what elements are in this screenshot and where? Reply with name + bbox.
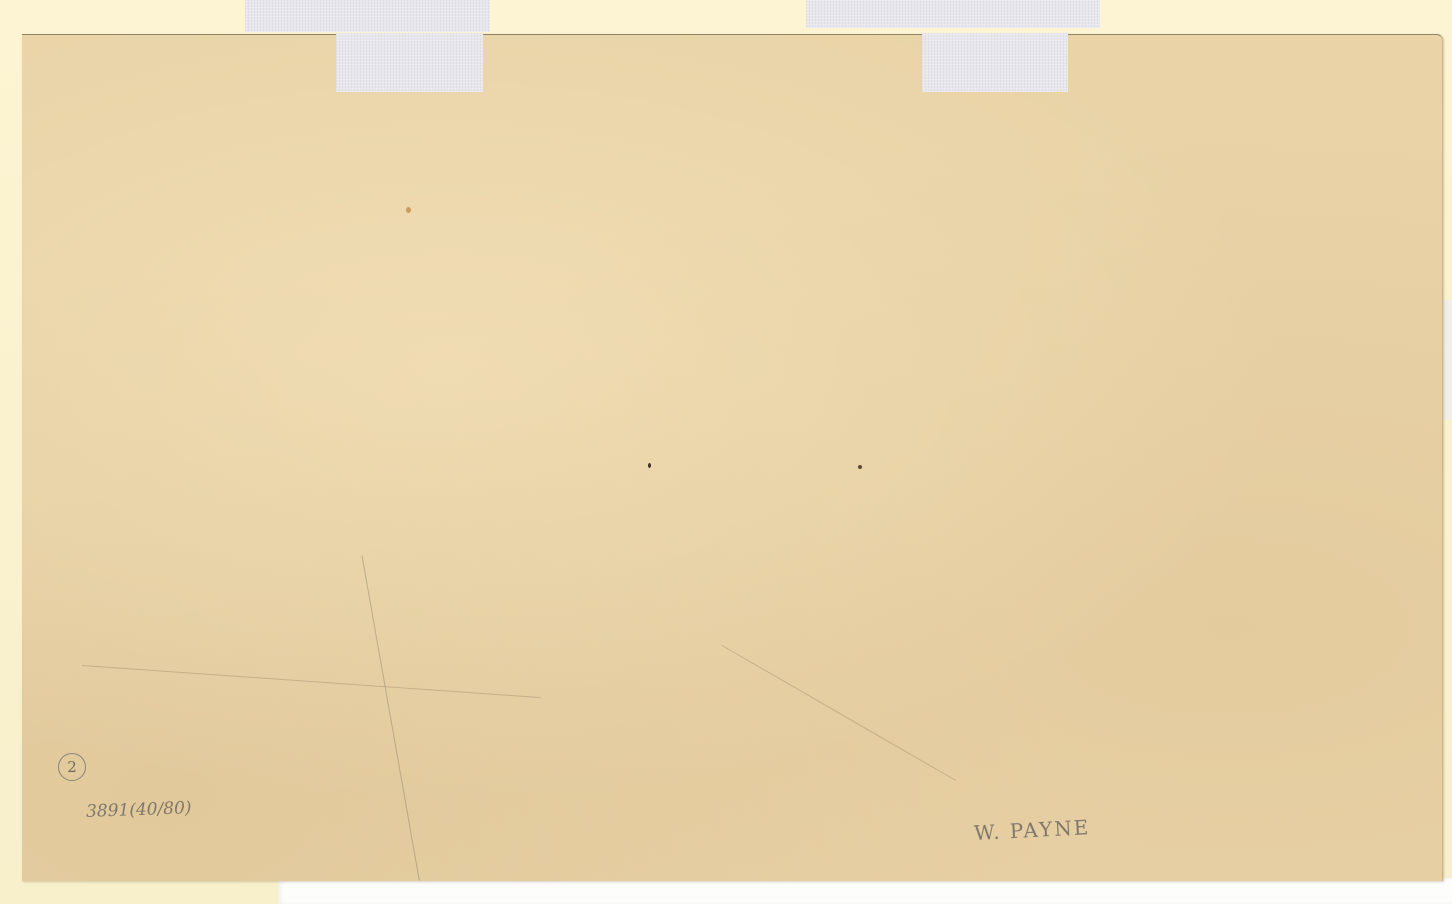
hinge-tape-upper-right — [806, 0, 1100, 28]
crease-line — [722, 645, 956, 781]
backing-card — [278, 878, 1452, 904]
pencil-arc — [362, 555, 420, 880]
circled-number: 2 — [58, 753, 86, 781]
foxing-spot — [858, 465, 862, 469]
hinge-tape-lower-right — [922, 33, 1068, 92]
hinge-tape-lower-left — [336, 33, 483, 92]
reference-number: 3891(40/80) — [86, 798, 192, 822]
foxing-spot — [406, 207, 411, 213]
crease-line — [82, 665, 541, 698]
circled-number-text: 2 — [67, 758, 77, 776]
foxing-spot — [648, 463, 651, 468]
paper-sheet-verso — [22, 34, 1443, 881]
hinge-tape-upper-left — [245, 0, 490, 32]
